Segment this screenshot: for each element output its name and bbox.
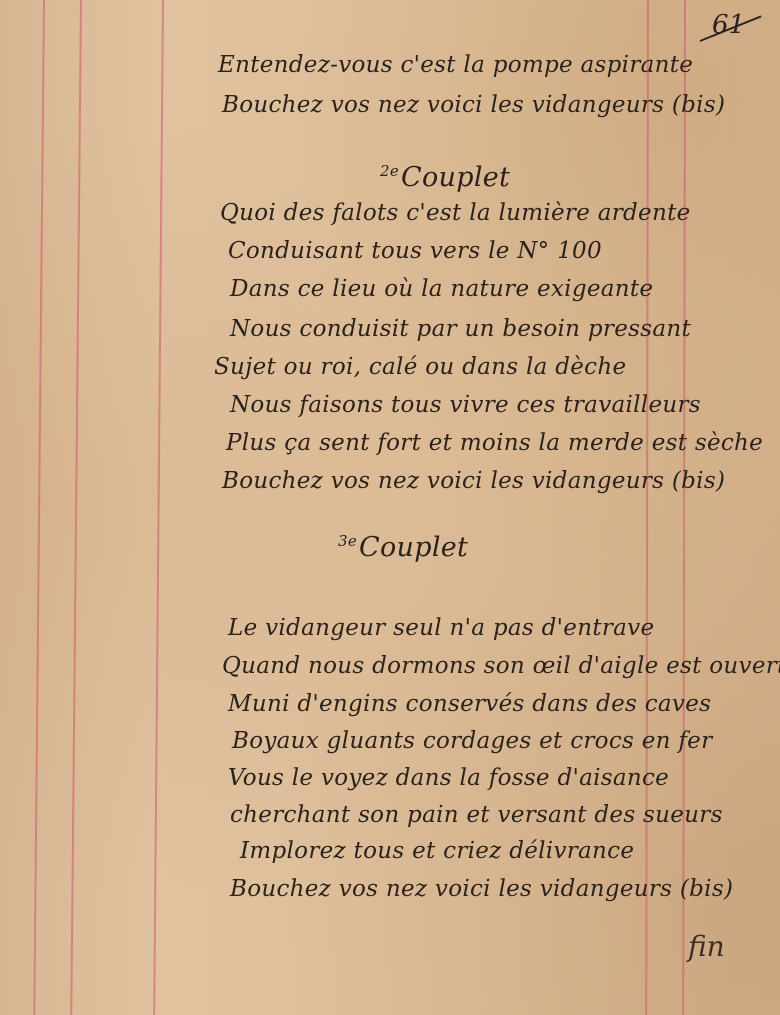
refrain-line: Bouchez vos nez voici les vidangeurs (bi… [222,468,725,494]
verse-line: Implorez tous et criez délivrance [240,838,634,864]
verse-line: Quand nous dormons son œil d'aigle est o… [222,653,780,679]
verse-line: Conduisant tous vers le N° 100 [228,238,602,264]
margin-rule [682,0,685,1015]
closing-mark: fin [688,930,725,963]
verse-line: Nous faisons tous vivre ces travailleurs [230,392,701,418]
verse-line: Nous conduisit par un besoin pressant [230,316,691,342]
verse-line: Sujet ou roi, calé ou dans la dèche [214,354,626,380]
couplet-title: Couplet [401,162,510,193]
margin-rule [33,0,44,1015]
verse-line: cherchant son pain et versant des sueurs [230,802,723,828]
verse-line: Plus ça sent fort et moins la merde est … [226,430,763,456]
verse-line: Le vidangeur seul n'a pas d'entrave [228,615,654,641]
verse-line: Quoi des falots c'est la lumière ardente [220,200,691,226]
couplet-ordinal: 3e [338,532,357,550]
manuscript-page: 61 Entendez-vous c'est la pompe aspirant… [0,0,780,1015]
margin-rule [153,0,163,1015]
margin-rule [645,0,648,1015]
verse-line: Boyaux gluants cordages et crocs en fer [232,728,712,754]
margin-rule [70,0,81,1015]
couplet-ordinal: 2e [380,162,399,180]
verse-line: Vous le voyez dans la fosse d'aisance [228,765,669,791]
refrain-line: Bouchez vos nez voici les vidangeurs (bi… [222,92,725,118]
couplet-heading: 2eCouplet [380,162,510,193]
couplet-heading: 3eCouplet [338,532,468,563]
verse-line: Muni d'engins conservés dans des caves [228,691,711,717]
refrain-line: Bouchez vos nez voici les vidangeurs (bi… [230,876,733,902]
verse-line: Entendez-vous c'est la pompe aspirante [218,52,693,78]
verse-line: Dans ce lieu où la nature exigeante [230,276,653,302]
couplet-title: Couplet [359,532,468,563]
